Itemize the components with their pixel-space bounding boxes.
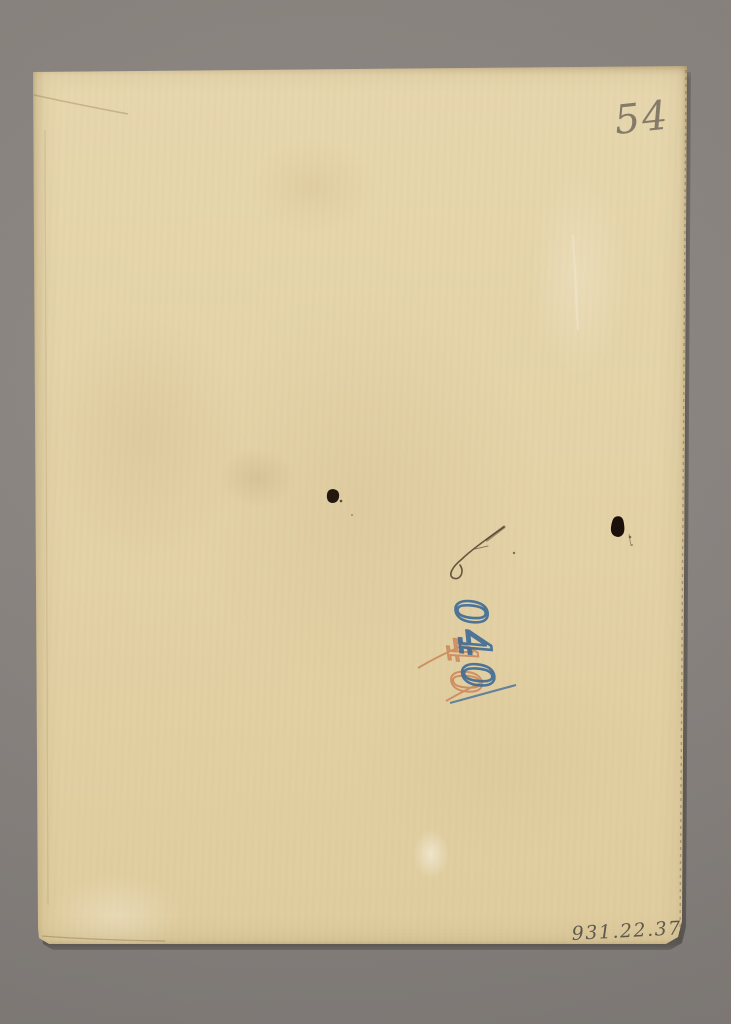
paper-sheet-verso bbox=[33, 66, 687, 944]
photo-stage: 54 40 040 bbox=[0, 0, 731, 1024]
